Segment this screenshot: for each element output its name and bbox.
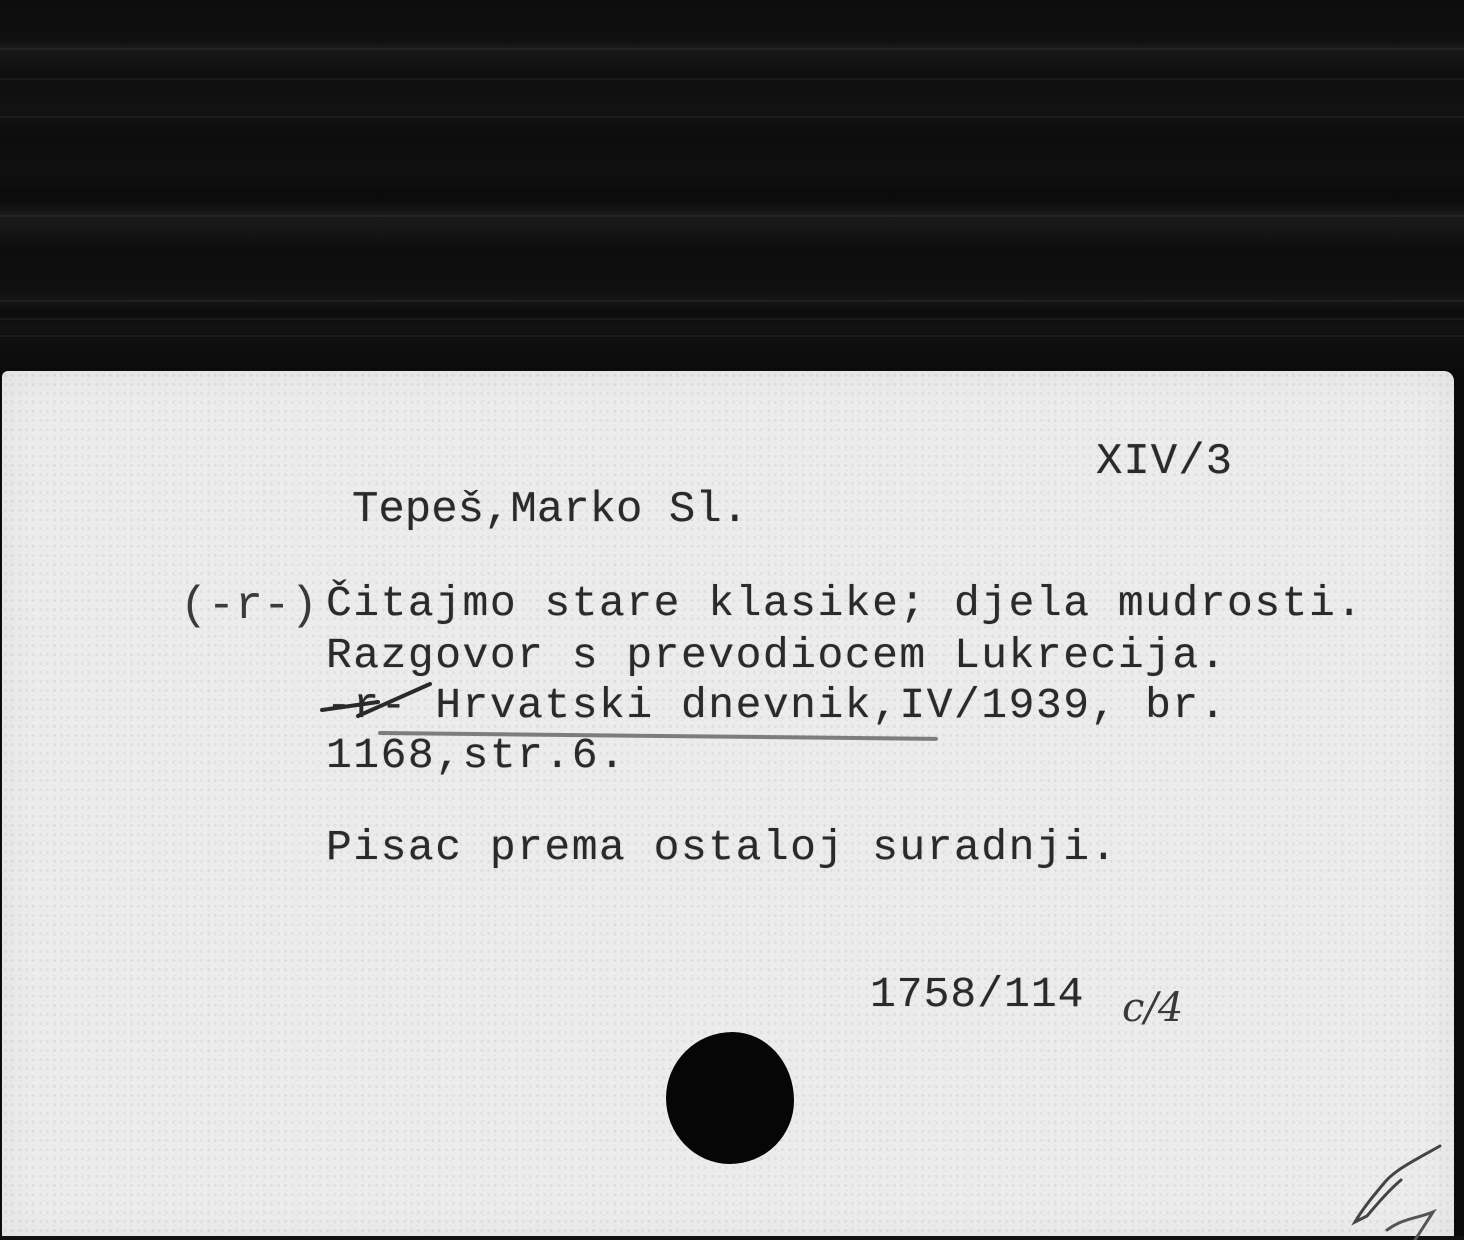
entry-title-line: Čitajmo stare klasike; djela mudrosti. [326, 582, 1364, 626]
scanner-background [0, 0, 1464, 380]
signature-mark: (-r-) [180, 580, 318, 632]
punch-hole [666, 1032, 794, 1164]
entry-source-line: -r- Hrvatski dnevnik,IV/1939, br. [326, 684, 1227, 728]
entry-subtitle-line: Razgovor s prevodiocem Lukrecija. [326, 634, 1227, 678]
call-number: XIV/3 [1096, 440, 1233, 484]
handwritten-check-mark-icon [1345, 1138, 1455, 1240]
card-edge-shadow [1454, 371, 1464, 1240]
author-heading: Tepeš,Marko Sl. [352, 488, 748, 532]
handwritten-suffix: c/4 [1122, 985, 1183, 1031]
entry-issue-line: 1168,str.6. [326, 734, 626, 778]
author-note: Pisac prema ostaloj suradnji. [326, 826, 1118, 870]
card-bottom-edge [0, 1236, 1464, 1240]
accession-number: 1758/114 [870, 973, 1084, 1017]
strikethrough-mark-icon [318, 680, 438, 720]
